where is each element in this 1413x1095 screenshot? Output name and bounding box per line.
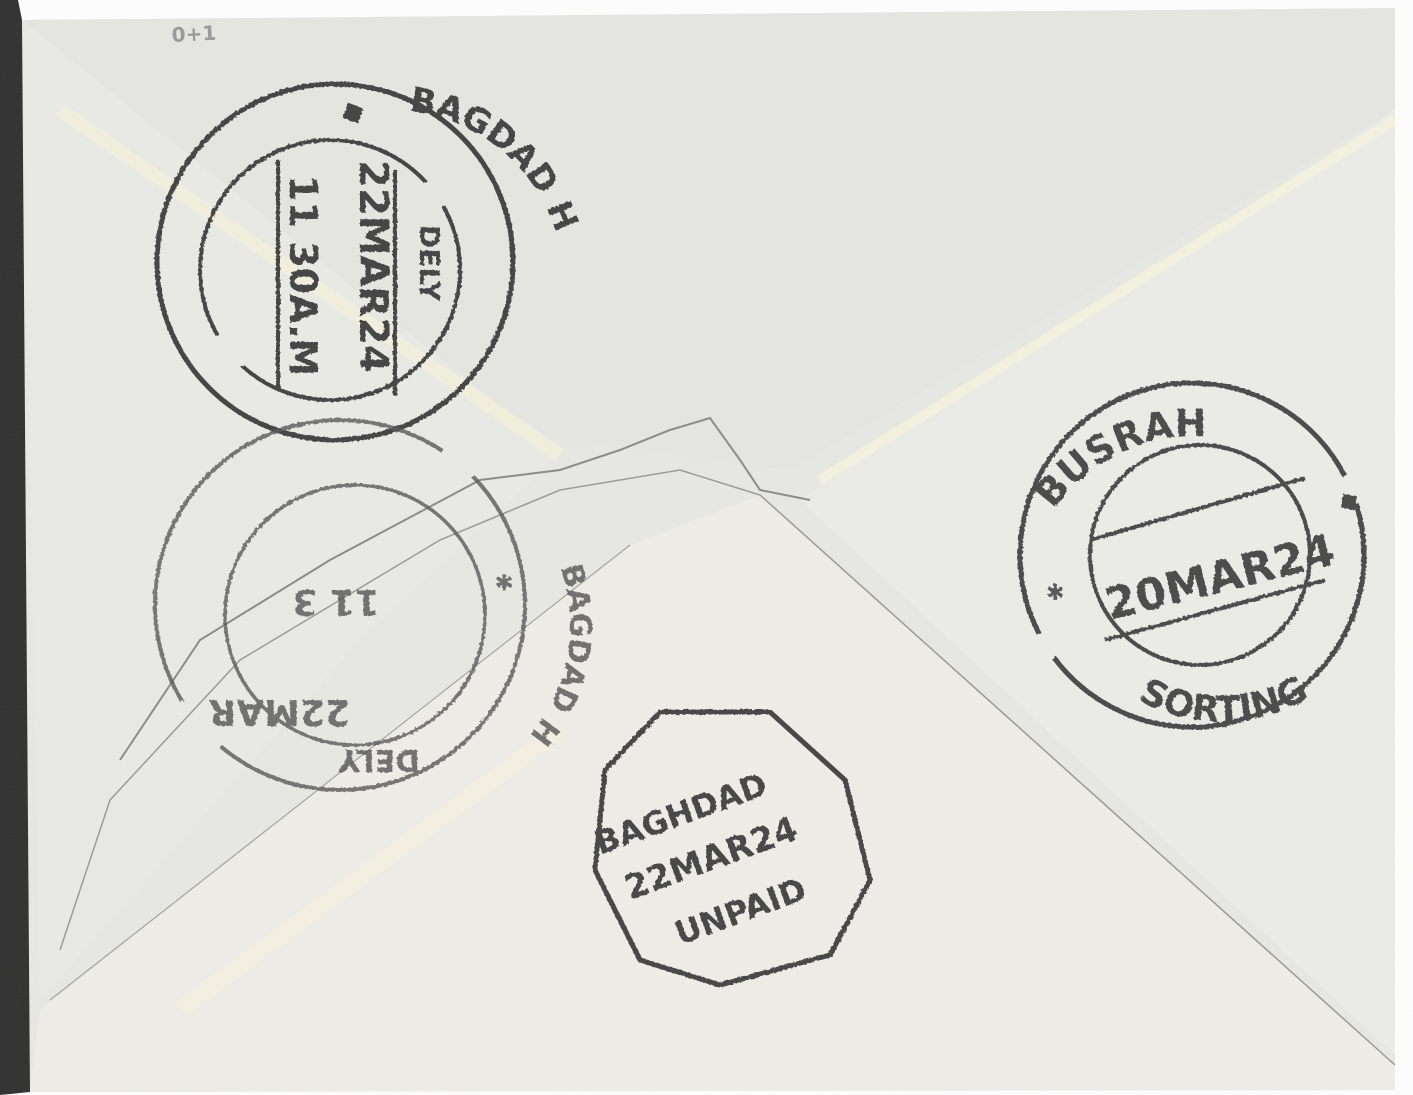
envelope-cover: 0+1 ✱ BUSRAH SORTING 20MAR24 BAGDAD H 22… (0, 0, 1413, 1095)
svg-text:✱: ✱ (495, 571, 513, 596)
baghdad-upper-date: 22MAR24 (350, 160, 396, 373)
baghdad-upper-label: DELY (413, 225, 446, 302)
baghdad-lower-time: 11 3 (292, 581, 380, 622)
baghdad-lower-label: DELY (337, 742, 420, 777)
baghdad-upper-time: 11 30A.M (281, 175, 325, 376)
pencil-note: 0+1 (171, 21, 217, 47)
baghdad-lower-date: 22MAR (208, 691, 350, 732)
svg-text:✱: ✱ (1046, 581, 1064, 606)
